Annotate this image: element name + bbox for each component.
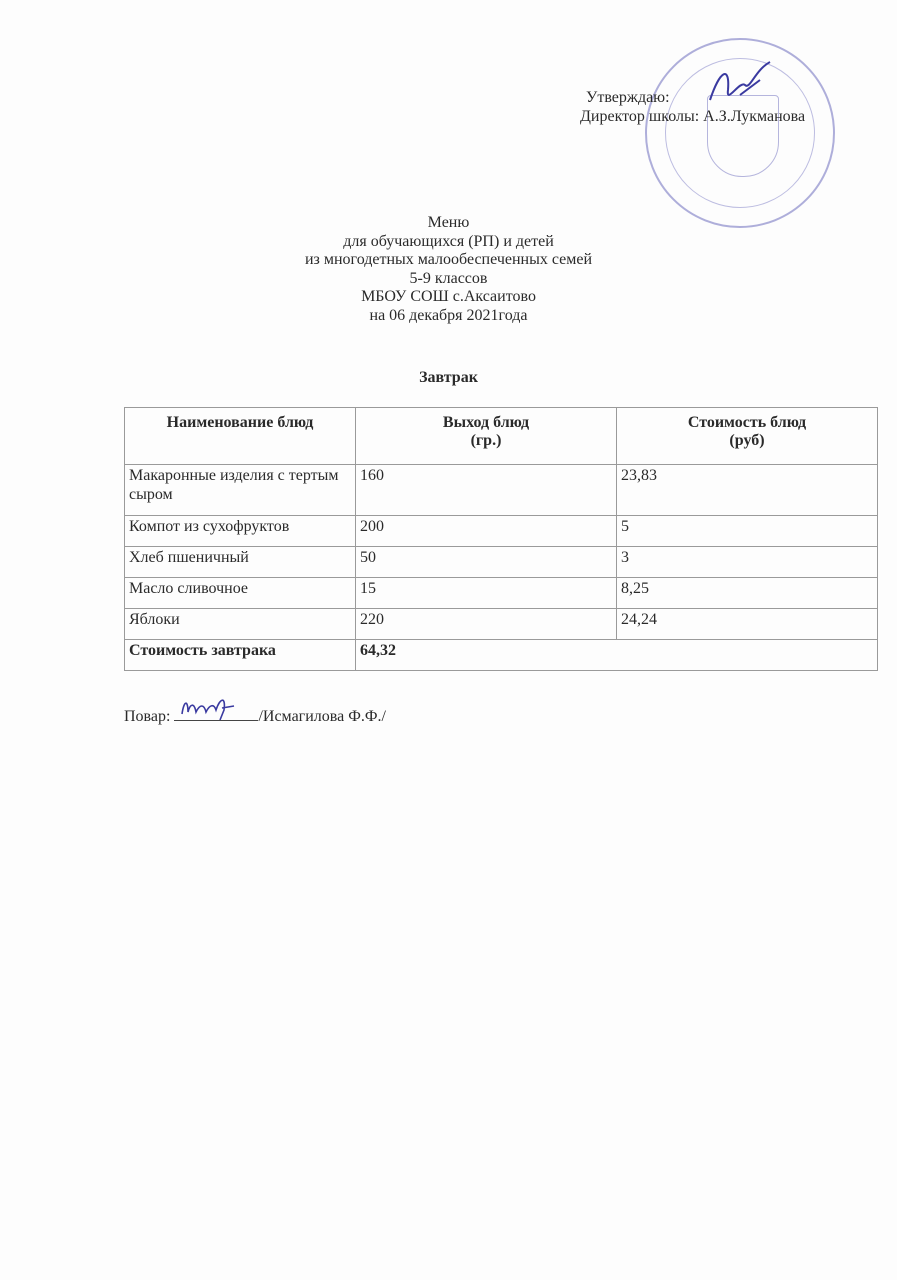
col-dish-name: Наименование блюд bbox=[125, 408, 356, 465]
col-weight: Выход блюд(гр.) bbox=[356, 408, 617, 465]
table-row: Хлеб пшеничный 50 3 bbox=[125, 547, 878, 578]
col-price-unit: (руб) bbox=[729, 432, 764, 449]
document-title-block: Меню для обучающихся (РП) и детей из мно… bbox=[0, 214, 897, 325]
school-name: МБОУ СОШ с.Аксаитово bbox=[0, 288, 897, 307]
total-label: Стоимость завтрака bbox=[125, 640, 356, 671]
director-line: Директор школы: А.З.Лукманова bbox=[580, 107, 805, 126]
approval-block: Утверждаю: Директор школы: А.З.Лукманова bbox=[580, 88, 805, 126]
dish-name: Яблоки bbox=[125, 609, 356, 640]
total-value: 64,32 bbox=[356, 640, 878, 671]
table-row: Компот из сухофруктов 200 5 bbox=[125, 516, 878, 547]
cook-signature-line: Повар: /Исмагилова Ф.Ф./ bbox=[124, 706, 386, 726]
dish-name: Хлеб пшеничный bbox=[125, 547, 356, 578]
cook-label: Повар: bbox=[124, 708, 170, 725]
dish-name: Макаронные изделия с тертым сыром bbox=[125, 465, 356, 516]
dish-name: Масло сливочное bbox=[125, 578, 356, 609]
total-row: Стоимость завтрака 64,32 bbox=[125, 640, 878, 671]
dish-price: 24,24 bbox=[617, 609, 878, 640]
col-price: Стоимость блюд(руб) bbox=[617, 408, 878, 465]
dish-weight: 160 bbox=[356, 465, 617, 516]
dish-weight: 15 bbox=[356, 578, 617, 609]
signature-line bbox=[174, 706, 258, 721]
dish-price: 23,83 bbox=[617, 465, 878, 516]
approval-label: Утверждаю: bbox=[580, 88, 805, 107]
dish-price: 8,25 bbox=[617, 578, 878, 609]
table-row: Макаронные изделия с тертым сыром 160 23… bbox=[125, 465, 878, 516]
table-row: Яблоки 220 24,24 bbox=[125, 609, 878, 640]
cook-name: /Исмагилова Ф.Ф./ bbox=[258, 708, 386, 725]
dish-weight: 50 bbox=[356, 547, 617, 578]
table-row: Масло сливочное 15 8,25 bbox=[125, 578, 878, 609]
menu-date: на 06 декабря 2021года bbox=[0, 307, 897, 326]
dish-weight: 220 bbox=[356, 609, 617, 640]
cook-signature bbox=[174, 692, 258, 722]
dish-price: 3 bbox=[617, 547, 878, 578]
menu-table: Наименование блюд Выход блюд(гр.) Стоимо… bbox=[124, 407, 878, 671]
subtitle-line-1: для обучающихся (РП) и детей bbox=[0, 233, 897, 252]
col-weight-unit: (гр.) bbox=[471, 432, 502, 449]
dish-name: Компот из сухофруктов bbox=[125, 516, 356, 547]
col-price-label: Стоимость блюд bbox=[688, 414, 806, 431]
document-title: Меню bbox=[0, 214, 897, 233]
col-weight-label: Выход блюд bbox=[443, 414, 529, 431]
dish-weight: 200 bbox=[356, 516, 617, 547]
meal-heading: Завтрак bbox=[0, 369, 897, 387]
dish-price: 5 bbox=[617, 516, 878, 547]
grades: 5-9 классов bbox=[0, 270, 897, 289]
subtitle-line-2: из многодетных малообеспеченных семей bbox=[0, 251, 897, 270]
table-header: Наименование блюд Выход блюд(гр.) Стоимо… bbox=[125, 408, 878, 465]
